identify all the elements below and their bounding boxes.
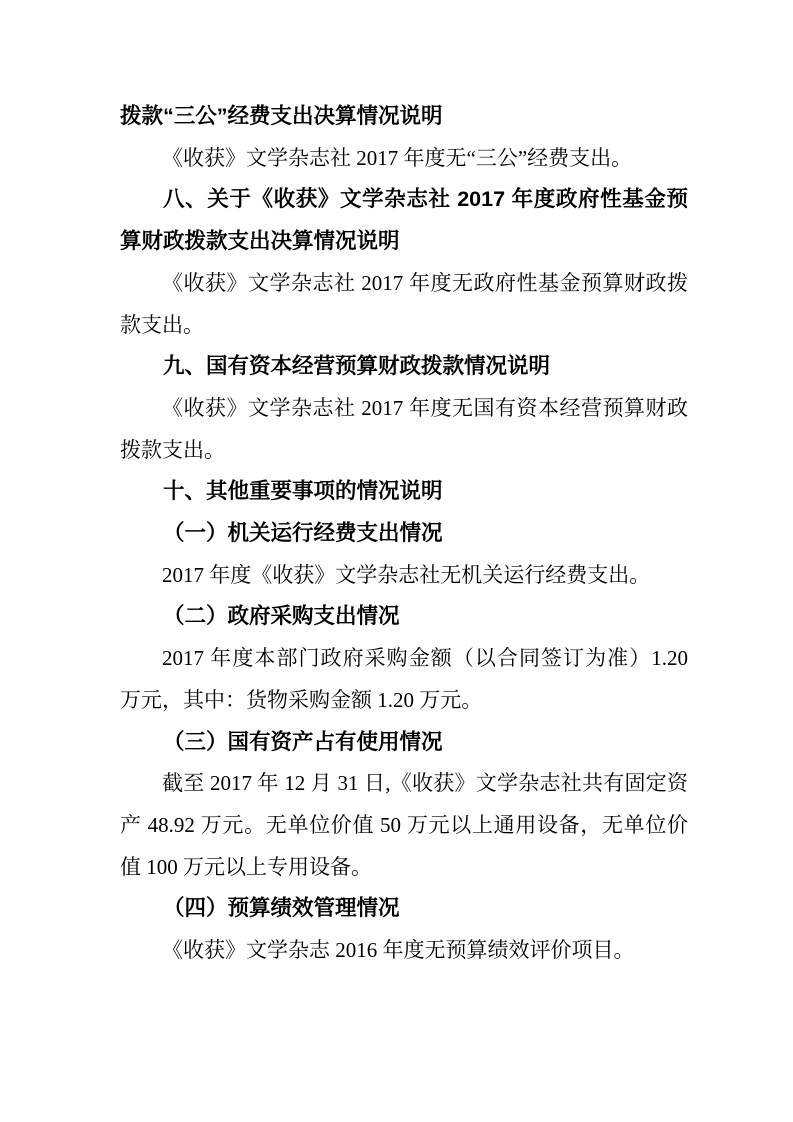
- section-heading: （二）政府采购支出情况: [120, 596, 688, 638]
- document-text-block: 拨款“三公”经费支出决算情况说明《收获》文学杂志社 2017 年度无“三公”经费…: [120, 96, 688, 972]
- section-heading: 十、其他重要事项的情况说明: [120, 471, 688, 513]
- section-heading: （四）预算绩效管理情况: [120, 888, 688, 930]
- section-heading: （三）国有资产占有使用情况: [120, 722, 688, 764]
- body-paragraph: 《收获》文学杂志社 2017 年度无“三公”经费支出。: [120, 138, 688, 180]
- body-paragraph: 截至 2017 年 12 月 31 日,《收获》文学杂志社共有固定资产 48.9…: [120, 763, 688, 888]
- body-paragraph: 2017 年度本部门政府采购金额（以合同签订为准）1.20 万元，其中：货物采购…: [120, 638, 688, 721]
- section-heading: 九、国有资本经营预算财政拨款情况说明: [120, 346, 688, 388]
- section-heading: 八、关于《收获》文学杂志社 2017 年度政府性基金预算财政拨款支出决算情况说明: [120, 179, 688, 262]
- body-paragraph: 《收获》文学杂志 2016 年度无预算绩效评价项目。: [120, 930, 688, 972]
- body-paragraph: 《收获》文学杂志社 2017 年度无政府性基金预算财政拨款支出。: [120, 263, 688, 346]
- body-paragraph: 2017 年度《收获》文学杂志社无机关运行经费支出。: [120, 555, 688, 597]
- document-page: 拨款“三公”经费支出决算情况说明《收获》文学杂志社 2017 年度无“三公”经费…: [0, 0, 793, 1122]
- section-heading: （一）机关运行经费支出情况: [120, 513, 688, 555]
- section-heading: 拨款“三公”经费支出决算情况说明: [120, 96, 688, 138]
- body-paragraph: 《收获》文学杂志社 2017 年度无国有资本经营预算财政拨款支出。: [120, 388, 688, 471]
